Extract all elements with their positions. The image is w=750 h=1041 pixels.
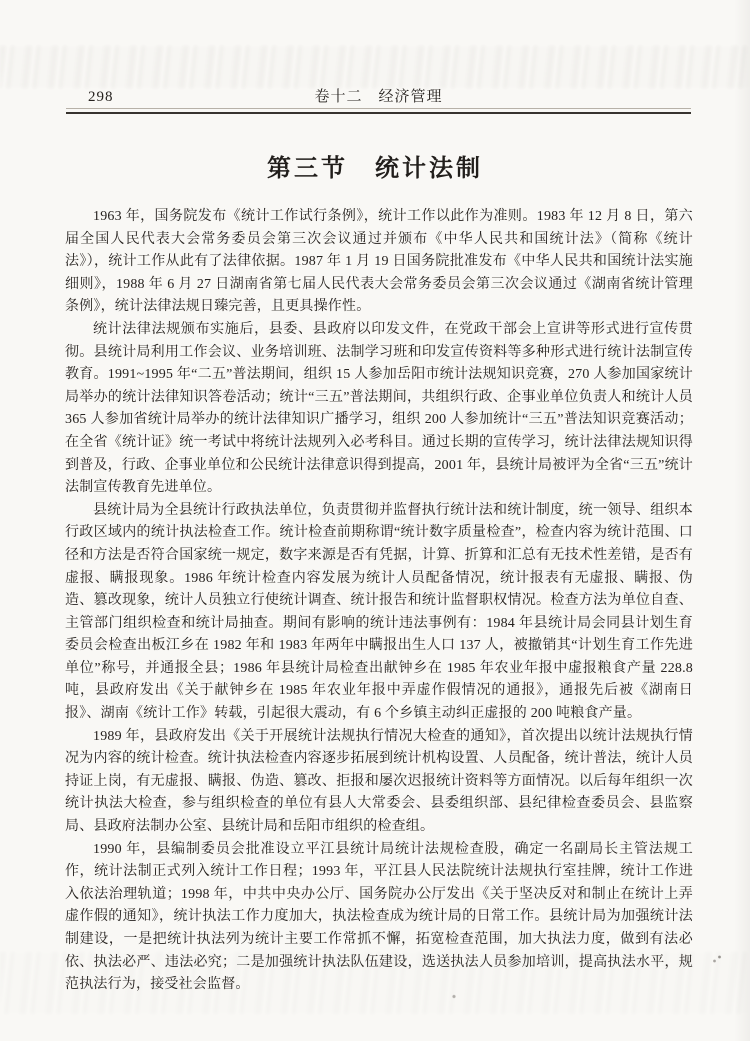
ink-speck (712, 955, 722, 963)
scanned-book-page: 298 卷十二 经济管理 第三节 统计法制 1963 年，国务院发布《统计工作试… (0, 0, 750, 1041)
section-title: 第三节 统计法制 (0, 148, 750, 183)
running-title: 卷十二 经济管理 (66, 87, 691, 107)
body-paragraph: 统计法律法规颁布实施后，县委、县政府以印发文件，在党政干部会上宣讲等形式进行宣传… (65, 319, 693, 500)
body-paragraph: 县统计局为全县统计行政执法单位，负责贯彻并监督执行统计法和统计制度，统一领导、组… (65, 500, 693, 726)
body-paragraph: 1989 年，县政府发出《关于开展统计法规执行情况大检查的通知》，首次提出以统计… (65, 726, 693, 839)
scan-noise-band-top (0, 46, 750, 88)
running-header: 298 卷十二 经济管理 (66, 87, 691, 107)
body-paragraph: 1963 年，国务院发布《统计工作试行条例》，统计工作以此作为准则。1983 年… (65, 206, 693, 319)
body-paragraph: 1990 年，县编制委员会批准设立平江县统计局统计法规检查股，确定一名副局长主管… (65, 839, 693, 997)
header-divider-rule (66, 108, 691, 114)
body-text: 1963 年，国务院发布《统计工作试行条例》，统计工作以此作为准则。1983 年… (65, 206, 693, 997)
